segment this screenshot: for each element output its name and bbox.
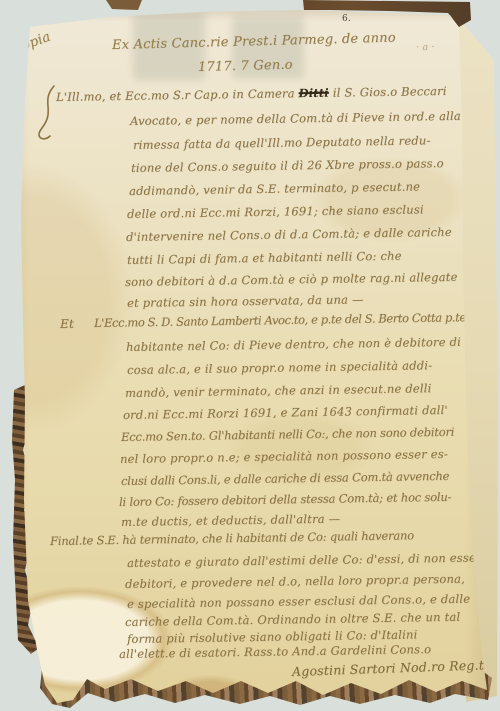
manuscript-page: Copia Ex Actis Canc.rie Prest.i Parmeg. …: [0, 0, 500, 711]
manuscript-scan: Copia Ex Actis Canc.rie Prest.i Parmeg. …: [0, 0, 500, 711]
manuscript-line: delle ord.ni Ecc.mi Rorzi, 1691; che sia…: [127, 202, 424, 221]
manuscript-line: e specialità non possano esser esclusi d…: [127, 592, 470, 611]
manuscript-line: cosa alc.a, e il suo propr.o nome in spe…: [127, 358, 432, 377]
manuscript-line: Ecc.mo Sen.to. Gl'habitanti nelli Co:, c…: [121, 425, 454, 444]
header-side-marks: · a ·: [416, 42, 435, 53]
manuscript-line: mandò, venir terminato, che anzi in esec…: [125, 381, 432, 400]
struck-word: Ditti: [299, 86, 330, 100]
manuscript-line: li loro Co: fossero debitori della stess…: [119, 490, 451, 509]
manuscript-line: sono debitori à d.a Com.tà e ciò p molte…: [125, 270, 458, 289]
paragraph-opening: Et: [60, 317, 74, 331]
manuscript-line: Avocato, e per nome della Com.tà di Piev…: [130, 109, 461, 128]
manuscript-line: addimandò, venir da S.E. terminato, p es…: [129, 179, 420, 198]
manuscript-line: m.te ductis, et deductis, dall'altra —: [121, 512, 341, 529]
manuscript-line: clusi dalli Cons.li, e dalle cariche di …: [121, 469, 449, 488]
manuscript-line: tione del Cons.o seguito il dì 26 Xbre p…: [131, 156, 444, 175]
manuscript-line: cariche della Com.tà. Ordinando in oltre…: [125, 610, 461, 629]
manuscript-line: habitante nel Co: di Pieve dentro, che n…: [126, 335, 461, 354]
line-text: L'Ill.mo, et Ecc.mo S.r Cap.o in Camera: [56, 86, 299, 104]
margin-note-copia: Copia: [9, 29, 53, 58]
manuscript-line: Final.te S.E. hà terminato, che li habit…: [50, 528, 414, 548]
notary-signature: Agostini Sartori Nod.ro Reg.to: [292, 657, 492, 679]
header-line-2: 1717. 7 Gen.o: [198, 58, 293, 75]
manuscript-line: et pratica sin hora osservata, da una —: [127, 292, 364, 310]
manuscript-line: d'intervenire nel Cons.o di d.a Com.tà; …: [126, 225, 452, 244]
manuscript-line: nel loro propr.o n.e; e specialità non p…: [120, 447, 448, 466]
manuscript-line: debitori, e provedere nel d.o, nella lor…: [125, 572, 465, 591]
corner-mark: 6.: [342, 14, 351, 24]
line-text: il S. Gios.o Beccari: [329, 84, 447, 100]
manuscript-line: attestato e giurato dall'estimi delle Co…: [127, 550, 482, 570]
manuscript-line: L'Ill.mo, et Ecc.mo S.r Cap.o in Camera …: [56, 84, 447, 104]
manuscript-line: ord.ni Ecc.mi Rorzi 1691, e Zani 1643 co…: [123, 403, 448, 422]
manuscript-line: rimessa fatta da quell'Ill.mo Deputato n…: [133, 133, 431, 152]
manuscript-line: tutti li Capi di fam.a et habitanti nell…: [127, 249, 402, 267]
manuscript-line: L'Ecc.mo S. D. Santo Lamberti Avoc.to, e…: [94, 310, 466, 330]
